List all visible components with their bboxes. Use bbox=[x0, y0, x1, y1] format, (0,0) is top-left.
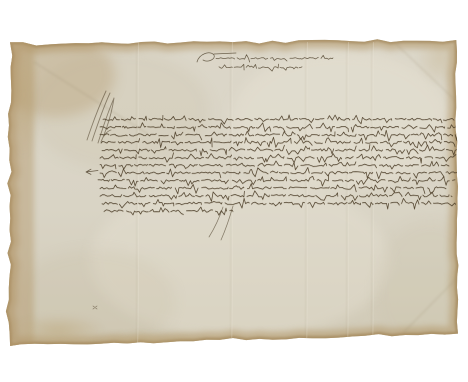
paper-stain bbox=[90, 331, 210, 351]
paper-stain bbox=[9, 30, 39, 160]
paper-mottle bbox=[230, 50, 450, 190]
manuscript-svg bbox=[0, 0, 468, 382]
paper-stain bbox=[416, 30, 464, 86]
manuscript-paper bbox=[0, 30, 468, 360]
manuscript-letter-photo bbox=[0, 0, 468, 382]
